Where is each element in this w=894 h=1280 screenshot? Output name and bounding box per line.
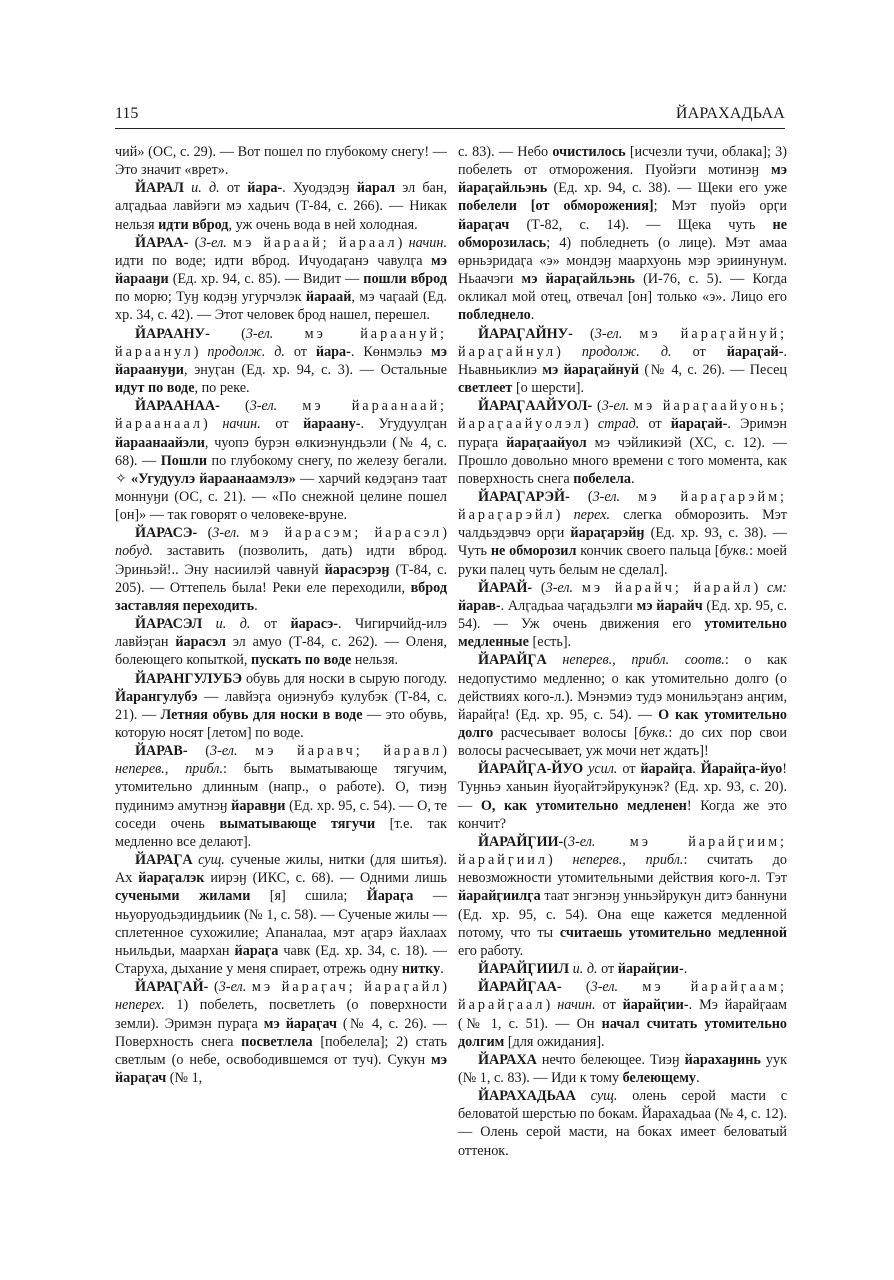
text-run [277,398,302,414]
text-run: . [696,1070,700,1086]
text-run [238,743,256,759]
headword: ЙАРАВ- [135,743,188,759]
text-run [240,525,250,541]
bold-text: йарав- [458,598,501,614]
text-run: от [220,180,247,196]
headword: ЙАРААНУ- [135,326,210,342]
text-run [573,580,582,596]
text-run: от [285,344,316,360]
headword: ЙАРАХА [478,1052,537,1068]
text-run: ) [556,507,574,523]
text-run: ( [210,326,246,342]
text-run [618,979,642,995]
text-run: . [692,761,700,777]
headword: ЙАРАЛ [135,180,184,196]
italic-label: перех. [574,507,610,523]
italic-label: и. д. [216,616,251,632]
text-run: ( [208,979,218,995]
bold-text: пошли вброд [363,271,447,287]
text-run: от [617,761,640,777]
text-run: . Хуодэдэӈ [282,180,357,196]
text-run: ) [194,344,208,360]
text-run: [я] сшила; [250,888,366,904]
bold-text: считаешь утомительно медленной [560,925,787,941]
bold-text: йарайӷа [640,761,692,777]
text-run: (Ед. хр. 94, с. 85). — Видит — [169,271,364,287]
bold-text: йаравӈи [231,798,285,814]
bold-text: йараай [306,289,352,305]
text-run: ) [442,525,447,541]
italic-label: 3-ел. [210,743,238,759]
bold-text: йарасэрэӈ [325,562,390,578]
text-run: от [250,616,290,632]
bold-text: йара- [247,180,282,196]
dictionary-entry: ЙАРААНАА- (3-ел. мэ йараанаай; йараанаал… [115,397,447,524]
bold-text: выматывающе тягучи [219,816,375,832]
spaced-forms: мэ йаравч; йаравл [255,743,442,759]
headword: ЙАРАА- [135,235,188,251]
italic-label: начин. [409,235,447,251]
left-column: чий» (ОС, с. 29). — Вот пошел по глубоко… [115,143,447,1087]
text-run: нельзя. [351,652,398,668]
italic-label: 3-ел. [219,979,247,995]
bold-text: йараӷалэк [138,870,204,886]
dictionary-entry: ЙАРАЙӶИИ-(3-ел. мэ йарайӷиим; йарайӷиил)… [458,833,787,960]
text-run: . [531,307,535,323]
text-run: ) [556,344,582,360]
bold-text: светлеет [458,380,512,396]
italic-label: начин. [222,416,260,432]
italic-label: 3-ел. [250,398,278,414]
bold-text: мэ йараӷайнуй [542,362,639,378]
entry-continuation: чий» (ОС, с. 29). — Вот пошел по глубоко… [115,143,447,179]
text-run: . Угудуулӷан [360,416,447,432]
bold-text: мэ йараӷач [264,1016,337,1032]
dictionary-entry: ЙАРАЙӶИИЛ и. д. от йарайӷии-. [458,960,787,978]
italic-label: 3-ел. [591,979,619,995]
right-column: с. 83). — Небо очистилось [исчезли тучи,… [458,143,787,1160]
bold-text: йарал [357,180,395,196]
dictionary-entry: ЙАРАӶА сущ. сученые жилы, нитки (для шит… [115,851,447,978]
text-run: ( [188,235,199,251]
dictionary-entry: ЙАРАНГУЛУБЭ обувь для носки в сырую пого… [115,670,447,743]
headword: ЙАРАӶАРЭЙ- [478,489,570,505]
dictionary-entry: ЙАРАӶАЙНУ- (3-ел. мэ йараӷайнуй; йараӷай… [458,325,787,398]
italic-label: усил. [588,761,617,777]
dictionary-entry: ЙАРААНУ- (3-ел. мэ йараануй; йараанул) п… [115,325,447,398]
italic-label: неперев., прибл. [572,852,683,868]
bold-text: йара- [316,344,351,360]
text-run: от [639,416,670,432]
bold-text: йарасэ- [290,616,338,632]
italic-label: продолж. д. [582,344,672,360]
bold-text: очистилось [552,144,625,160]
italic-label: начин. [557,997,595,1013]
dictionary-page: 115 ЙАРАХАДЬАА чий» (ОС, с. 29). — Вот п… [0,0,894,1280]
bold-text: йараанаайэли [115,435,205,451]
italic-label: неперев., прибл. соотв. [562,652,725,668]
text-run: от [596,997,623,1013]
italic-label: букв. [639,725,669,741]
text-run: ; Мэт пуойэ орӷи [654,198,787,214]
headword: ЙАРАЙӶА [478,652,547,668]
bold-text: пускать по воде [251,652,351,668]
bold-text: нитку [402,961,440,977]
spaced-forms: мэ йараай; йараал [233,235,398,251]
headword: ЙАРАСЭ- [135,525,197,541]
bold-text: Йарайӷа-йуо [701,761,783,777]
italic-label: и. д. [573,961,598,977]
italic-label: страд. [598,416,639,432]
bold-text: побелела [573,471,631,487]
italic-label: букв. [719,543,749,559]
bold-text: йараӷай- [671,416,728,432]
dictionary-entry: ЙАРАӶААЙУОЛ- (3-ел. мэ йараӷаайуонь; йар… [458,397,787,488]
bold-text: йараану- [303,416,360,432]
text-run: ) [584,416,598,432]
italic-label: 3-ел. [199,235,227,251]
spaced-forms: мэ йараӷач; йараӷайл [252,979,442,995]
bold-text: йарасэл [175,634,226,650]
spaced-forms: мэ йарайч; йарайл [582,580,754,596]
text-run: расчесывает волосы [ [493,725,638,741]
text-run: чий» (ОС, с. 29). — Вот пошел по глубоко… [115,144,447,178]
text-run [576,1088,591,1104]
text-run: ) [753,580,766,596]
bold-text: идти вброд [158,217,228,233]
bold-text: Летняя обувь для носки в воде [161,707,363,723]
text-run: от [261,416,303,432]
dictionary-entry: ЙАРАВ- (3-ел. мэ йаравч; йаравл) неперев… [115,742,447,851]
text-run: его работу. [458,943,523,959]
text-run: ) [398,235,409,251]
headword: ЙАРАНГУЛУБЭ [135,671,242,687]
dictionary-entry: ЙАРАЙӶАА- (3-ел. мэ йарайӷаам; йарайӷаал… [458,978,787,1051]
text-run: иирэӈ (ИКС, с. 68). — Одними лишь [204,870,447,886]
italic-label: 3-ел. [602,398,630,414]
text-run: ) [546,997,558,1013]
spaced-forms: мэ йарасэм; йарасэл [250,525,442,541]
headword: ЙАРАӶА [135,852,193,868]
text-run: ( [532,580,545,596]
text-run: . [254,598,258,614]
italic-label: см: [767,580,787,596]
bold-text: йарайӷии- [618,961,684,977]
headword: ЙАРАЙӶА-ЙУО [478,761,583,777]
text-run: (Т-82, с. 14). — Щека чуть [509,217,772,233]
bold-text: йараӷай- [727,344,784,360]
bold-text: не обморозил [491,543,577,559]
text-run: . Алӷадьаа чаӷадьэлги [501,598,637,614]
dictionary-entry: ЙАРАА- (3-ел. мэ йараай; йараал) начин. … [115,234,447,325]
bold-text: сучеными жилами [115,888,250,904]
text-run [273,326,304,342]
text-run: ( [592,398,601,414]
bold-text: йараӷарэйӈ [570,525,644,541]
italic-label: 3-ел. [246,326,274,342]
headword: ЙАРАЙ- [478,580,532,596]
headword: ЙАРАӶАЙ- [135,979,208,995]
headword: ЙАРААНАА- [135,398,220,414]
italic-label: 3-ел. [546,580,574,596]
text-run: ( [220,398,250,414]
text-run: от [672,344,727,360]
dictionary-entry: ЙАРАӶАРЭЙ- (3-ел. мэ йараӷарэйм; йараӷар… [458,488,787,579]
text-run: обувь для носки в сырую погоду. [242,671,447,687]
text-run: [о шерсти]. [512,380,584,396]
headword: ЙАРАӶАЙНУ- [478,326,573,342]
text-run: ( [188,743,210,759]
italic-label: продолж. д. [207,344,285,360]
text-run: идти по воде; идти вброд. Ичуодаӷанэ чав… [115,253,431,269]
text-run: [есть]. [529,634,571,650]
text-run: ) [442,979,447,995]
text-run: ) [442,743,447,759]
text-run: (№ 1, [166,1070,202,1086]
text-run: ( [573,326,595,342]
headword: ЙАРАСЭЛ [135,616,202,632]
text-run: с. 83). — Небо [458,144,552,160]
text-run: ) [203,416,222,432]
dictionary-entry: ЙАРАЙ- (3-ел. мэ йарайч; йарайл) см: йар… [458,579,787,652]
text-run: по морю; Туӈ кодэӈ угурчэлэк [115,289,306,305]
bold-text: посветлела [241,1034,312,1050]
bold-text: йарахаӈинь [685,1052,761,1068]
text-run: (Ед. хр. 94, с. 38). — Щеки его уже [547,180,787,196]
text-run [595,834,629,850]
dictionary-entry: ЙАРАХАДЬАА сущ. олень серой масти с бело… [458,1087,787,1160]
running-head: ЙАРАХАДЬАА [676,105,785,123]
text-run: (№ 4, с. 26). — Песец [639,362,787,378]
text-run [622,326,639,342]
italic-label: 3-ел. [212,525,240,541]
text-run [202,616,215,632]
text-run: . [631,471,635,487]
italic-label: сущ. [591,1088,618,1104]
text-run: кончик своего пальца [ [576,543,719,559]
bold-text: побелели [от обморожения] [458,198,654,214]
italic-label: сущ. [198,852,225,868]
bold-text: О, как утомительно медленен [481,798,687,814]
headword: ЙАРАХАДЬАА [478,1088,576,1104]
italic-label: побуд. [115,543,153,559]
italic-label: неперех. [115,997,165,1013]
bold-text: мэ йарайч [637,598,703,614]
text-run: ( [570,489,593,505]
italic-label: и. д. [191,180,220,196]
dictionary-entry: ЙАРАЙӶА неперев., прибл. соотв.: о как н… [458,651,787,760]
page-header: 115 ЙАРАХАДЬАА [115,103,785,127]
italic-label: 3-ел. [595,326,623,342]
text-run: от [598,961,618,977]
text-run [547,652,563,668]
bold-text: Йарангулубэ [115,689,198,705]
page-number: 115 [115,105,138,123]
headword: ЙАРАЙӶИИ- [478,834,563,850]
bold-text: йарайӷиилӷа [458,888,541,904]
dictionary-entry: ЙАРАХА нечто белеющее. Тиэӈ йарахаӈинь у… [458,1051,787,1087]
italic-label: неперев., прибл. [115,761,223,777]
bold-text: йараӷаайуол [506,435,587,451]
bold-text: Йараӷа [367,888,414,904]
bold-text: йараӷа [235,943,279,959]
dictionary-entry: ЙАРАЛ и. д. от йара-. Хуодэдэӈ йарал эл … [115,179,447,233]
text-run: , энуӷан (Ед. хр. 94, с. 3). — Остальные [184,362,447,378]
bold-text: побледнело [458,307,531,323]
headword: ЙАРАӶААЙУОЛ- [478,398,592,414]
italic-label: 3-ел. [593,489,621,505]
bold-text: Пошли [161,453,207,469]
text-run: , уж очень вода в ней холодная. [229,217,418,233]
bold-text: йарайӷии- [623,997,689,1013]
text-run: ( [197,525,212,541]
headword: ЙАРАЙӶИИЛ [478,961,569,977]
bold-text: «Угудуулэ йараанаамэлэ» [131,471,296,487]
text-run: нечто белеющее. Тиэӈ [537,1052,685,1068]
text-run: [для ожидания]. [504,1034,604,1050]
text-run: . Көнмэльэ [351,344,431,360]
dictionary-entry: ЙАРАЙӶА-ЙУО усил. от йарайӷа. Йарайӷа-йу… [458,760,787,833]
bold-text: идут по воде [115,380,195,396]
text-run: . [684,961,688,977]
entry-continuation: с. 83). — Небо очистилось [исчезли тучи,… [458,143,787,325]
text-run: ( [562,979,591,995]
bold-text: мэ йараӷайльэнь [522,271,635,287]
text-run: . [440,961,444,977]
header-rule [115,128,785,129]
text-run: , по реке. [195,380,250,396]
dictionary-entry: ЙАРАСЭ- (3-ел. мэ йарасэм; йарасэл) побу… [115,524,447,615]
dictionary-entry: ЙАРАӶАЙ- (3-ел. мэ йараӷач; йараӷайл) не… [115,978,447,1087]
text-run: ) [548,852,573,868]
dictionary-entry: ЙАРАСЭЛ и. д. от йарасэ-. Чигирчийд-илэ … [115,615,447,669]
italic-label: 3-ел. [568,834,596,850]
bold-text: йараӷач [458,217,509,233]
text-run [620,489,638,505]
headword: ЙАРАЙӶАА- [478,979,562,995]
bold-text: белеющему [623,1070,696,1086]
